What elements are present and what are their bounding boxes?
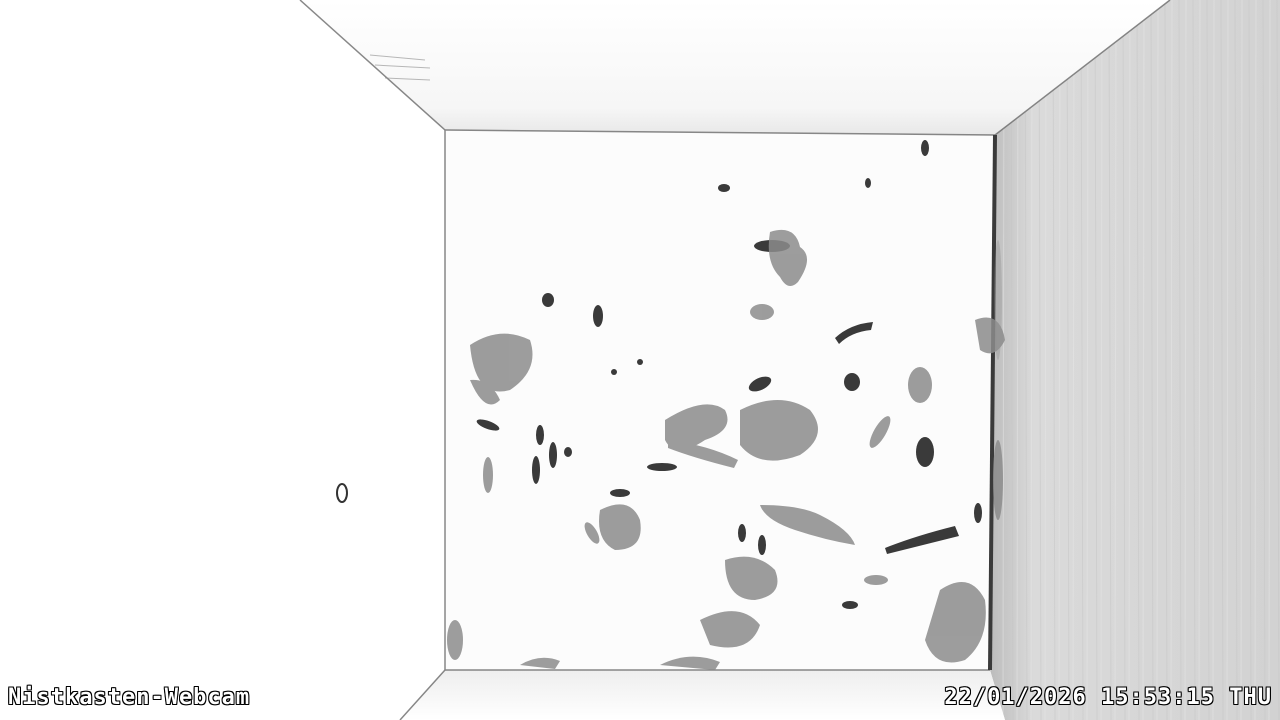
time-label: 15:53:15 xyxy=(1101,685,1215,710)
timestamp-overlay: 22/01/2026 15:53:15 THU xyxy=(944,685,1272,710)
webcam-frame xyxy=(0,0,1280,720)
nest-floor xyxy=(445,130,995,670)
camera-name-label: Nistkasten-Webcam xyxy=(8,685,250,710)
bottom-wall xyxy=(400,670,1005,720)
left-wall xyxy=(0,0,445,720)
weekday-label: THU xyxy=(1229,685,1272,710)
date-label: 22/01/2026 xyxy=(944,685,1086,710)
